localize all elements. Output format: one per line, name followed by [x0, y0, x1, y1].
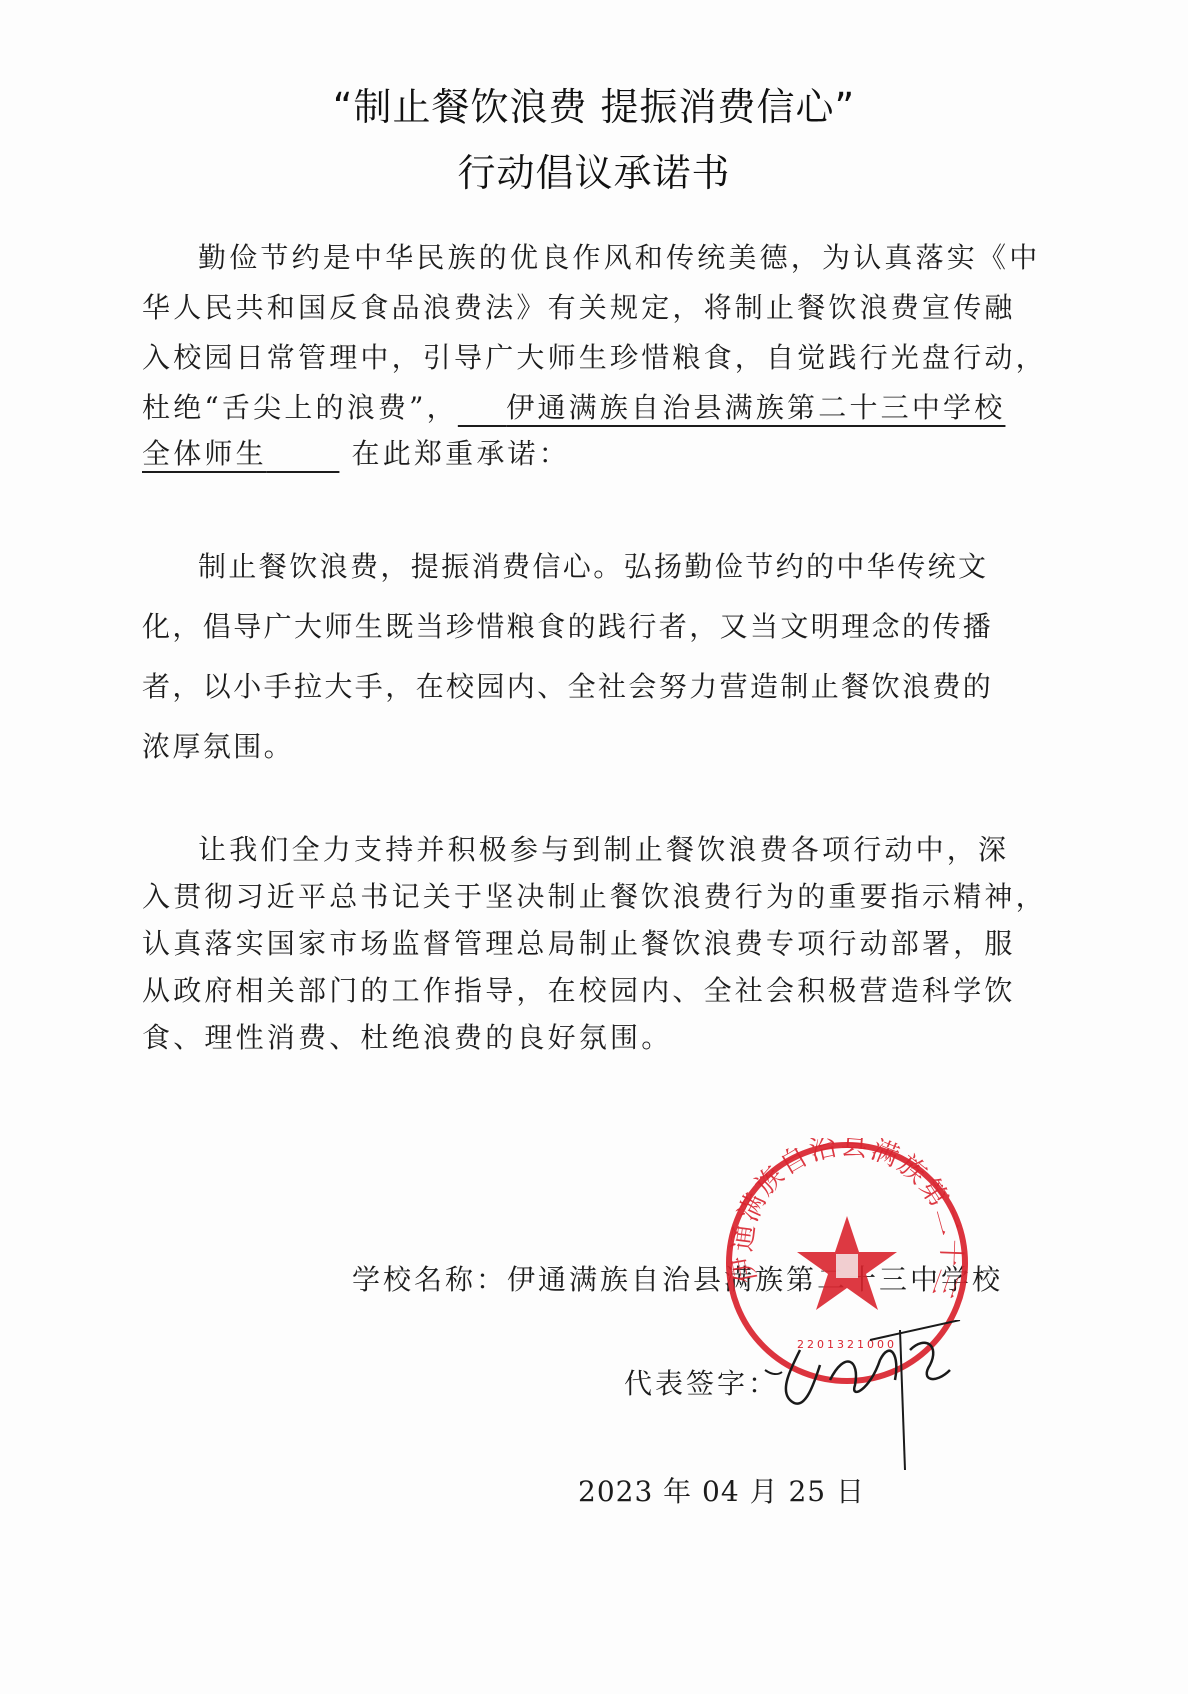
p1-line-5: 全体师生 在此郑重承诺：	[142, 432, 1012, 472]
p2-line-3: 者，以小手拉大手，在校园内、全社会努力营造制止餐饮浪费的	[142, 665, 1012, 705]
p3-line-5: 食、理性消费、杜绝浪费的良好氛围。	[142, 1016, 1012, 1056]
p3-line-3: 认真落实国家市场监督管理总局制止餐饮浪费专项行动部署，服	[142, 922, 1012, 962]
title-line-1: “制止餐饮浪费 提振消费信心”	[0, 76, 1188, 131]
date: 2023 年 04 月 25 日	[578, 1470, 865, 1510]
filled-participants: 全体师生	[142, 437, 339, 470]
document-page: “制止餐饮浪费 提振消费信心” 行动倡议承诺书 勤俭节约是中华民族的优良作风和传…	[0, 0, 1188, 1694]
p3-line-1: 让我们全力支持并积极参与到制止餐饮浪费各项行动中，深	[142, 828, 1012, 868]
school-name-label: 学校名称：	[352, 1263, 507, 1296]
p3-line-2: 入贯彻习近平总书记关于坚决制止餐饮浪费行为的重要指示精神，	[142, 875, 1012, 915]
p1-line-1: 勤俭节约是中华民族的优良作风和传统美德，为认真落实《中	[142, 236, 1012, 276]
p1-line-4: 杜绝“舌尖上的浪费”， 伊通满族自治县满族第二十三中学校	[142, 386, 1012, 426]
p1-line-4-prefix: 杜绝“舌尖上的浪费”，	[142, 391, 458, 424]
filled-participants-text: 全体师生	[142, 437, 267, 470]
p1-line-5-suffix: 在此郑重承诺：	[352, 437, 570, 470]
p1-line-2: 华人民共和国反食品浪费法》有关规定，将制止餐饮浪费宣传融	[142, 286, 1012, 326]
filled-school-name-text: 伊通满族自治县满族第二十三中学校	[506, 391, 1005, 424]
p2-line-1: 制止餐饮浪费，提振消费信心。弘扬勤俭节约的中华传统文	[142, 545, 1012, 585]
p1-line-3: 入校园日常管理中，引导广大师生珍惜粮食，自觉践行光盘行动，	[142, 336, 1012, 376]
filled-school-name: 伊通满族自治县满族第二十三中学校	[458, 391, 1006, 424]
p3-line-4: 从政府相关部门的工作指导，在校园内、全社会积极营造科学饮	[142, 969, 1012, 1009]
p2-line-4: 浓厚氛围。	[142, 725, 1012, 765]
handwritten-signature-icon	[760, 1320, 970, 1470]
p2-line-2: 化，倡导广大师生既当珍惜粮食的践行者，又当文明理念的传播	[142, 605, 1012, 645]
title-line-2: 行动倡议承诺书	[0, 142, 1188, 197]
